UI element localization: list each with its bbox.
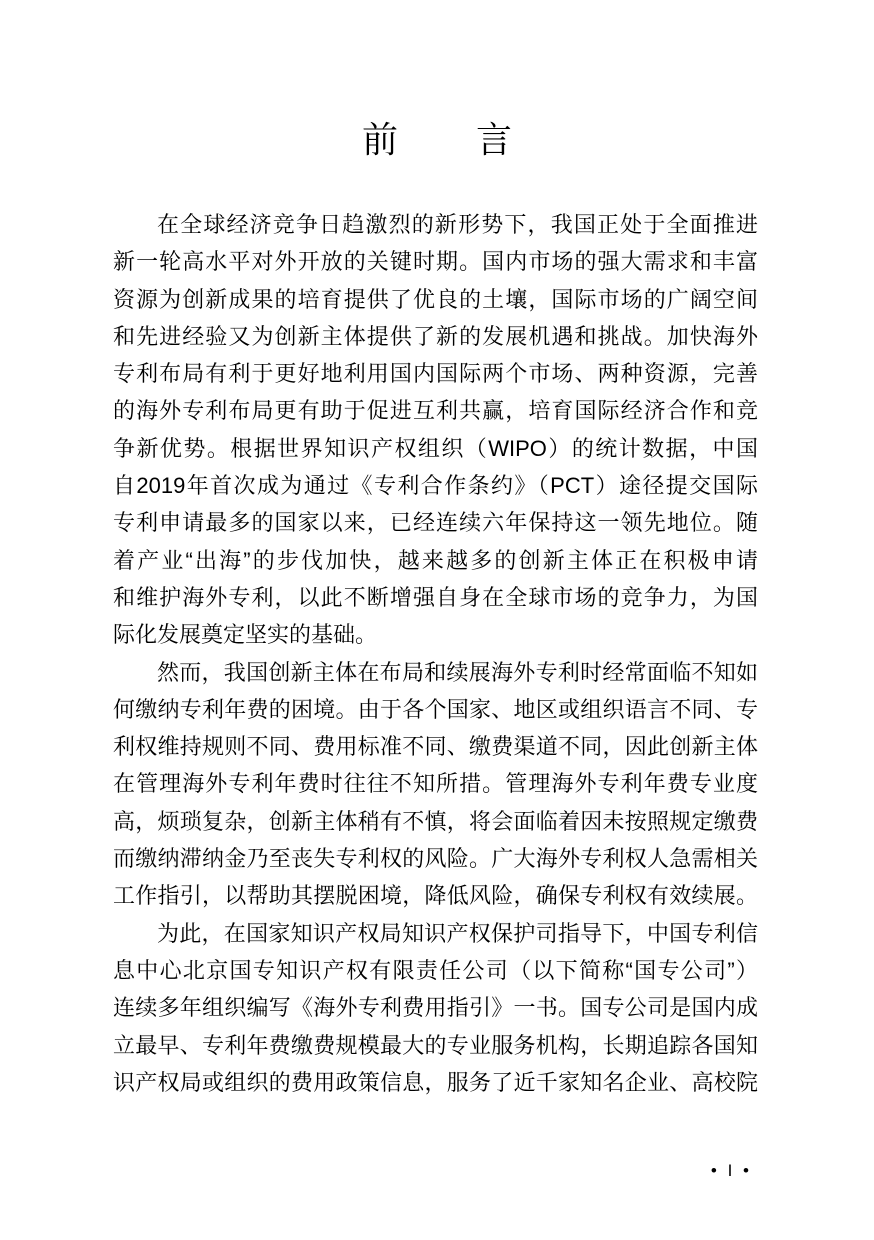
text-line: 利权维持规则不同、费用标准不同、缴费渠道不同，因此创新主体 xyxy=(113,728,758,765)
document-page: 前 言 在全球经济竞争日趋激烈的新形势下，我国正处于全面推进新一轮高水平对外开放… xyxy=(0,0,874,1240)
text-line: 新一轮高水平对外开放的关键时期。国内市场的强大需求和丰富 xyxy=(113,243,758,280)
text-line: 而缴纳滞纳金乃至丧失专利权的风险。广大海外专利权人急需相关 xyxy=(113,840,758,877)
text-line: 争新优势。根据世界知识产权组织（WIPO）的统计数据，中国 xyxy=(113,430,758,467)
page-title-char-left: 前 xyxy=(362,120,398,160)
page-number: • I • xyxy=(711,1160,752,1182)
text-line: 何缴纳专利年费的困境。由于各个国家、地区或组织语言不同、专 xyxy=(113,691,758,728)
text-line: 在管理海外专利年费时往往不知所措。管理海外专利年费专业度 xyxy=(113,765,758,802)
paragraph: 然而，我国创新主体在布局和续展海外专利时经常面临不知如何缴纳专利年费的困境。由于… xyxy=(113,654,758,915)
paragraph: 为此，在国家知识产权局知识产权保护司指导下，中国专利信息中心北京国专知识产权有限… xyxy=(113,915,758,1101)
document-page-background: { "document": { "title_chars": ["前", "言"… xyxy=(0,0,874,1240)
text-line: 自2019年首次成为通过《专利合作条约》（PCT）途径提交国际 xyxy=(113,467,758,504)
paragraph: 在全球经济竞争日趋激烈的新形势下，我国正处于全面推进新一轮高水平对外开放的关键时… xyxy=(113,206,758,654)
text-line: 高，烦琐复杂，创新主体稍有不慎，将会面临着因未按照规定缴费 xyxy=(113,803,758,840)
text-line: 专利申请最多的国家以来，已经连续六年保持这一领先地位。随 xyxy=(113,504,758,541)
text-line: 立最早、专利年费缴费规模最大的专业服务机构，长期追踪各国知 xyxy=(113,1027,758,1064)
text-line: 连续多年组织编写《海外专利费用指引》一书。国专公司是国内成 xyxy=(113,989,758,1026)
text-line: 际化发展奠定坚实的基础。 xyxy=(113,616,758,653)
text-line: 和维护海外专利，以此不断增强自身在全球市场的竞争力，为国 xyxy=(113,579,758,616)
text-line: 识产权局或组织的费用政策信息，服务了近千家知名企业、高校院 xyxy=(113,1064,758,1101)
text-line: 为此，在国家知识产权局知识产权保护司指导下，中国专利信 xyxy=(113,915,758,952)
text-line: 息中心北京国专知识产权有限责任公司（以下简称“国专公司”） xyxy=(113,952,758,989)
text-line: 着产业“出海”的步伐加快，越来越多的创新主体正在积极申请 xyxy=(113,542,758,579)
text-line: 在全球经济竞争日趋激烈的新形势下，我国正处于全面推进 xyxy=(113,206,758,243)
text-line: 资源为创新成果的培育提供了优良的土壤，国际市场的广阔空间 xyxy=(113,281,758,318)
text-line: 然而，我国创新主体在布局和续展海外专利时经常面临不知如 xyxy=(113,654,758,691)
page-title-char-right: 言 xyxy=(476,120,512,160)
text-line: 工作指引，以帮助其摆脱困境，降低风险，确保专利权有效续展。 xyxy=(113,877,758,914)
page-title: 前 言 xyxy=(0,120,874,160)
text-line: 专利布局有利于更好地利用国内国际两个市场、两种资源，完善 xyxy=(113,355,758,392)
text-line: 的海外专利布局更有助于促进互利共赢，培育国际经济合作和竞 xyxy=(113,392,758,429)
document-body: 在全球经济竞争日趋激烈的新形势下，我国正处于全面推进新一轮高水平对外开放的关键时… xyxy=(113,206,758,1101)
text-line: 和先进经验又为创新主体提供了新的发展机遇和挑战。加快海外 xyxy=(113,318,758,355)
